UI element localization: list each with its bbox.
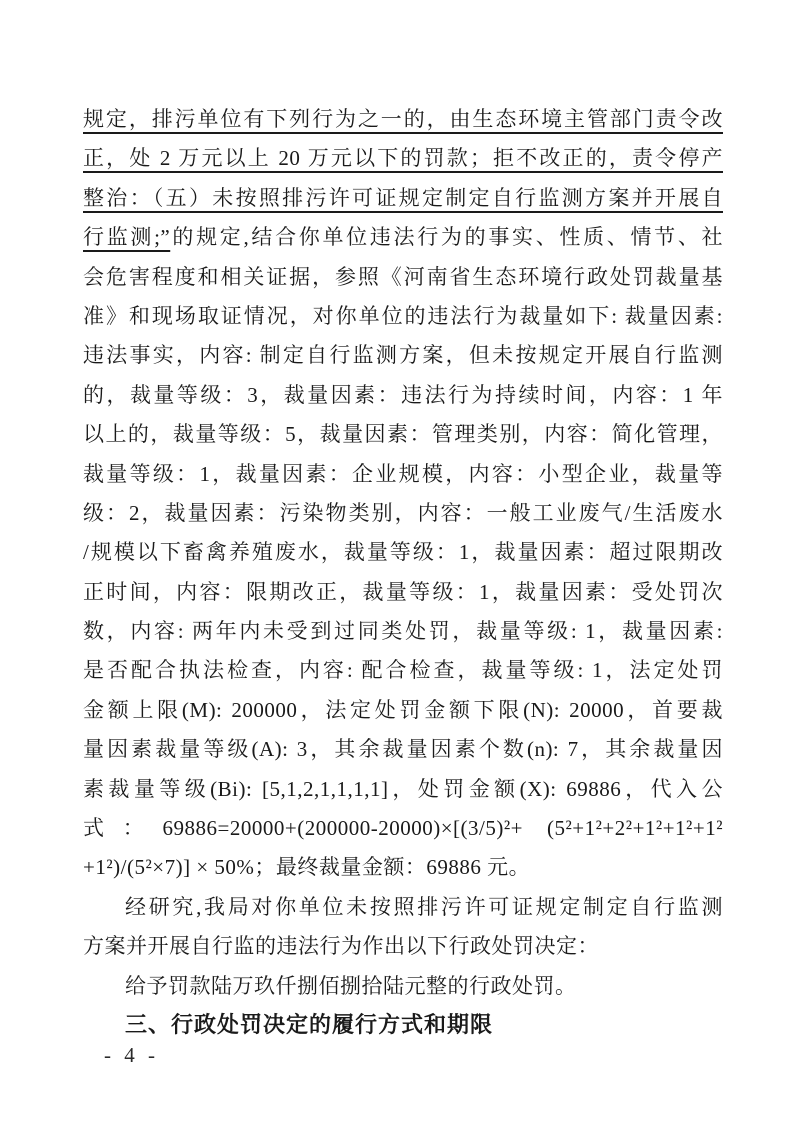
text-line: 整治：（五）未按照排污许可证规定制定自行监测方案并开展自 [83,179,723,218]
document-page: 规定，排污单位有下列行为之一的，由生态环境主管部门责令改正，处 2 万元以上 2… [0,0,793,1122]
text-line: +1²)/(5²×7)] × 50%；最终裁量金额：69886 元。 [83,848,723,887]
text-segment: 三、行政处罚决定的履行方式和期限 [125,1013,493,1038]
text-segment: 是否配合执法检查，内容: 配合检查，裁量等级: 1，法定处罚 [83,658,723,682]
text-segment: 以上的，裁量等级：5，裁量因素：管理类别，内容：简化管理， [83,422,723,446]
text-segment: 准》和现场取证情况，对你单位的违法行为裁量如下: 裁量因素: [83,304,723,328]
document-body: 规定，排污单位有下列行为之一的，由生态环境主管部门责令改正，处 2 万元以上 2… [83,100,723,1045]
text-line: 以上的，裁量等级：5，裁量因素：管理类别，内容：简化管理， [83,415,723,454]
text-segment: 式：69886=20000+(200000-20000)×[(3/5)²+ (5… [83,816,723,840]
text-segment: 正时间，内容：限期改正，裁量等级：1，裁量因素：受处罚次 [83,580,723,604]
text-segment: 经研究,我局对你单位未按照排污许可证规定制定自行监测 [125,895,723,919]
page-number: - 4 - [104,1040,159,1070]
text-segment: 量因素裁量等级(A): 3，其余裁量因素个数(n): 7，其余裁量因 [83,737,723,761]
text-line: 正，处 2 万元以上 20 万元以下的罚款；拒不改正的，责令停产 [83,139,723,178]
text-segment: 数，内容: 两年内未受到过同类处罚，裁量等级: 1，裁量因素: [83,619,723,643]
text-line: 量因素裁量等级(A): 3，其余裁量因素个数(n): 7，其余裁量因 [83,730,723,769]
text-segment: 方案并开展自行监的违法行为作出以下行政处罚决定： [83,934,599,958]
underlined-text-segment: 正，处 2 万元以上 20 万元以下的罚款；拒不改正的，责令停产 [83,146,723,170]
text-segment: 裁量等级：1，裁量因素：企业规模，内容：小型企业，裁量等 [83,462,723,486]
text-line: 规定，排污单位有下列行为之一的，由生态环境主管部门责令改 [83,100,723,139]
text-segment: 金额上限(M): 200000，法定处罚金额下限(N): 20000，首要裁 [83,698,723,722]
text-line: 式：69886=20000+(200000-20000)×[(3/5)²+ (5… [83,809,723,848]
text-segment: 违法事实，内容: 制定自行监测方案，但未按规定开展自行监测 [83,343,723,367]
text-line: 数，内容: 两年内未受到过同类处罚，裁量等级: 1，裁量因素: [83,612,723,651]
text-line: 是否配合执法检查，内容: 配合检查，裁量等级: 1，法定处罚 [83,651,723,690]
text-segment: 会危害程度和相关证据，参照《河南省生态环境行政处罚裁量基 [83,265,723,289]
text-line: 金额上限(M): 200000，法定处罚金额下限(N): 20000，首要裁 [83,691,723,730]
underlined-text-segment: 行监测;” [83,225,170,249]
text-line: 方案并开展自行监的违法行为作出以下行政处罚决定： [83,927,723,966]
text-segment: 的规定,结合你单位违法行为的事实、性质、情节、社 [170,225,723,249]
text-line: 的，裁量等级：3，裁量因素：违法行为持续时间，内容：1 年 [83,376,723,415]
text-segment: +1²)/(5²×7)] × 50%；最终裁量金额：69886 元。 [83,855,530,879]
text-line: /规模以下畜禽养殖废水，裁量等级：1，裁量因素：超过限期改 [83,533,723,572]
text-line: 给予罚款陆万玖仟捌佰捌拾陆元整的行政处罚。 [83,967,723,1006]
text-segment: 给予罚款陆万玖仟捌佰捌拾陆元整的行政处罚。 [125,974,577,998]
text-line: 行监测;”的规定,结合你单位违法行为的事实、性质、情节、社 [83,218,723,257]
text-line: 级：2，裁量因素：污染物类别，内容：一般工业废气/生活废水 [83,494,723,533]
text-segment: 素裁量等级(Bi): [5,1,2,1,1,1,1]，处罚金额(X): 6988… [83,777,723,801]
text-line: 准》和现场取证情况，对你单位的违法行为裁量如下: 裁量因素: [83,297,723,336]
text-line: 经研究,我局对你单位未按照排污许可证规定制定自行监测 [83,888,723,927]
text-segment: 级：2，裁量因素：污染物类别，内容：一般工业废气/生活废水 [83,501,723,525]
section-heading: 三、行政处罚决定的履行方式和期限 [83,1006,723,1045]
text-line: 会危害程度和相关证据，参照《河南省生态环境行政处罚裁量基 [83,258,723,297]
underlined-text-segment: 规定，排污单位有下列行为之一的，由生态环境主管部门责令改 [83,107,723,131]
text-segment: /规模以下畜禽养殖废水，裁量等级：1，裁量因素：超过限期改 [83,540,723,564]
text-line: 裁量等级：1，裁量因素：企业规模，内容：小型企业，裁量等 [83,455,723,494]
text-segment: 的，裁量等级：3，裁量因素：违法行为持续时间，内容：1 年 [83,383,723,407]
text-line: 违法事实，内容: 制定自行监测方案，但未按规定开展自行监测 [83,336,723,375]
underlined-text-segment: 整治：（五）未按照排污许可证规定制定自行监测方案并开展自 [83,186,723,210]
text-line: 正时间，内容：限期改正，裁量等级：1，裁量因素：受处罚次 [83,573,723,612]
text-line: 素裁量等级(Bi): [5,1,2,1,1,1,1]，处罚金额(X): 6988… [83,770,723,809]
